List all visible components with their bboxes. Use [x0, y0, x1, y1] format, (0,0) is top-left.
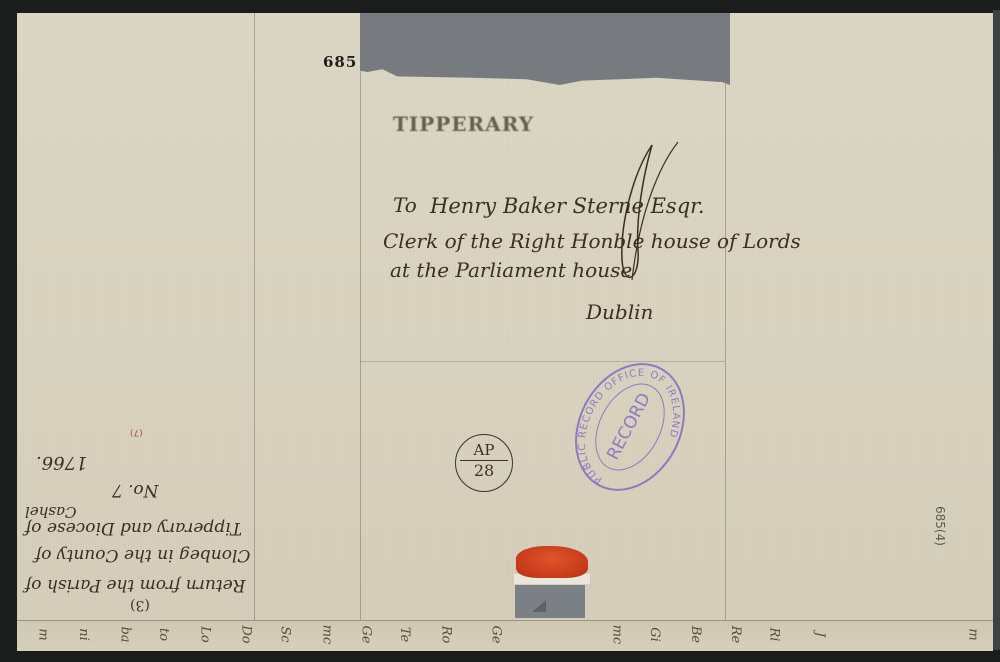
fold-line: [360, 13, 361, 620]
date-stamp: AP 28: [455, 434, 513, 492]
endorsement-line: Cashel: [25, 503, 76, 521]
endorsement-number: No. 7: [112, 480, 158, 500]
pencil-reference: 685(4): [933, 506, 947, 546]
public-record-office-stamp: PUBLIC RECORD OFFICE OF IRELAND RECORD: [568, 355, 693, 500]
red-reference: (7): [130, 427, 143, 437]
town-postmark: TIPPERARY: [393, 112, 534, 136]
endorsement-line: Clonbeg in the County of: [35, 545, 250, 565]
missing-paper-backing: [360, 13, 730, 85]
date-stamp-day: 28: [456, 461, 512, 480]
addressee-location: at the Parliament house: [390, 258, 632, 282]
bottom-text-strip: m ni ba to Lo Do Sc mc Ge Te Ro Ge mc Gi…: [17, 620, 993, 651]
endorsement-line: Return from the Parish of: [25, 575, 246, 595]
address-to: To: [393, 193, 417, 217]
endorsement-page: (3): [130, 597, 150, 613]
scanner-edge: [993, 10, 1000, 650]
catalogue-number: 685: [323, 53, 357, 71]
fold-line: [725, 13, 726, 620]
addressee-city: Dublin: [586, 300, 653, 324]
endorsement-line: Tipperary and Diocese of: [25, 518, 242, 538]
missing-paper-backing-bottom: [515, 585, 585, 618]
endorsement-year: 1766.: [36, 452, 88, 473]
date-stamp-month: AP: [456, 441, 512, 459]
scan-frame: m ni ba to Lo Do Sc mc Ge Te Ro Ge mc Gi…: [0, 0, 1000, 662]
addressee-title: Clerk of the Right Honble house of Lords: [383, 229, 801, 253]
postage-rate-mark: [600, 140, 680, 290]
wax-seal: [516, 546, 588, 578]
fold-line: [254, 13, 255, 620]
